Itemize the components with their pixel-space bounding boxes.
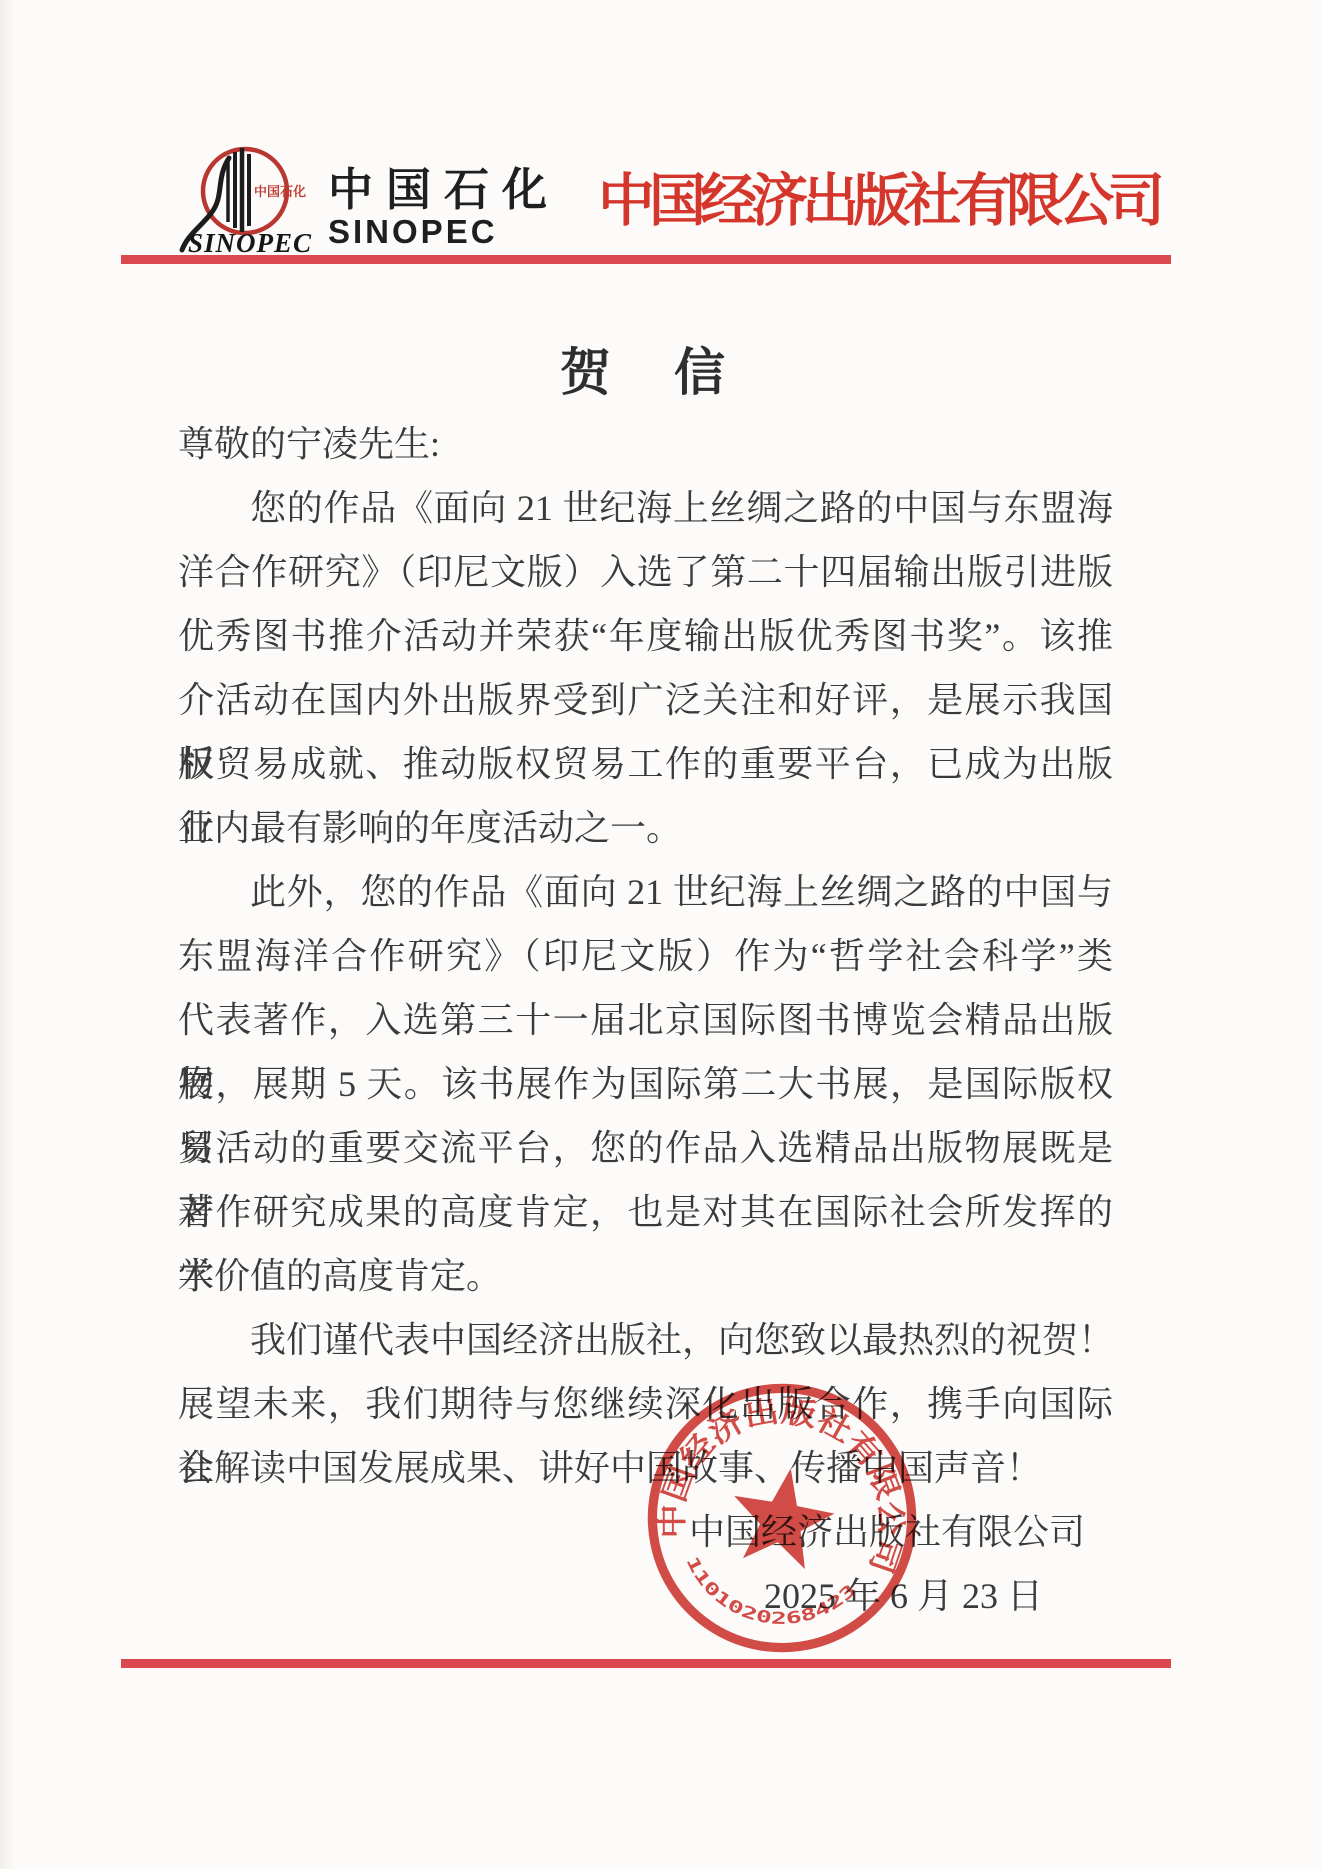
footer-rule: [121, 1659, 1171, 1668]
body-line: 东盟海洋合作研究》（印尼文版）作为“哲学社会科学”类: [178, 924, 1113, 988]
body-line: 术价值的高度肯定。: [178, 1244, 1113, 1308]
logo-emblem-text: 中国石化: [254, 184, 306, 199]
body-line: 此外，您的作品《面向 21 世纪海上丝绸之路的中国与: [178, 860, 1113, 924]
company-title: 中国经济出版社有限公司: [598, 168, 1159, 234]
header-rule: [121, 255, 1171, 264]
logo-columns-icon: [228, 148, 249, 232]
body-line: 优秀图书推介活动并荣获“年度输出版优秀图书奖”。该推: [178, 604, 1113, 668]
body-line: 展，展期 5 天。该书展作为国际第二大书展，是国际版权贸: [178, 1052, 1113, 1116]
body-line: 代表著作，入选第三十一届北京国际图书博览会精品出版物: [178, 988, 1113, 1052]
salutation: 尊敬的宁凌先生:: [178, 412, 1113, 476]
body-line: 介活动在国内外出版界受到广泛关注和好评，是展示我国版: [178, 668, 1113, 732]
body-line: 我们谨代表中国经济出版社，向您致以最热烈的祝贺！: [178, 1308, 1113, 1372]
body-line: 易活动的重要交流平台，您的作品入选精品出版物展既是对: [178, 1116, 1113, 1180]
sinopec-logo: 中国石化 SINOPEC: [172, 138, 320, 260]
seal-star-icon: [724, 1460, 841, 1573]
logotype-chinese: 中国石化: [328, 166, 560, 214]
company-seal-stamp: 中国经济出版社有限公司 1101020268423: [615, 1351, 949, 1685]
body-line: 洋合作研究》（印尼文版）入选了第二十四届输出版引进版: [178, 540, 1113, 604]
logotype-english: SINOPEC: [328, 214, 560, 250]
body-line: 著作研究成果的高度肯定，也是对其在国际社会所发挥的学: [178, 1180, 1113, 1244]
letter-title: 贺 信: [178, 338, 1113, 410]
logo-wordmark: SINOPEC: [188, 228, 312, 258]
seal-code: 1101020268423: [674, 1551, 862, 1642]
letter-body: 尊敬的宁凌先生: 您的作品《面向 21 世纪海上丝绸之路的中国与东盟海洋合作研究…: [178, 412, 1113, 1500]
body-line: 您的作品《面向 21 世纪海上丝绸之路的中国与东盟海: [178, 476, 1113, 540]
body-line: 展望未来，我们期待与您继续深化出版合作，携手向国际社: [178, 1372, 1113, 1436]
logotype-block: 中国石化 SINOPEC: [328, 166, 560, 250]
body-line: 权贸易成就、推动版权贸易工作的重要平台，已成为出版行: [178, 732, 1113, 796]
letter-page: 中国石化 SINOPEC 中国石化 SINOPEC 中国经济出版社有限公司 贺 …: [0, 0, 1322, 1869]
body-line: 业内最有影响的年度活动之一。: [178, 796, 1113, 860]
